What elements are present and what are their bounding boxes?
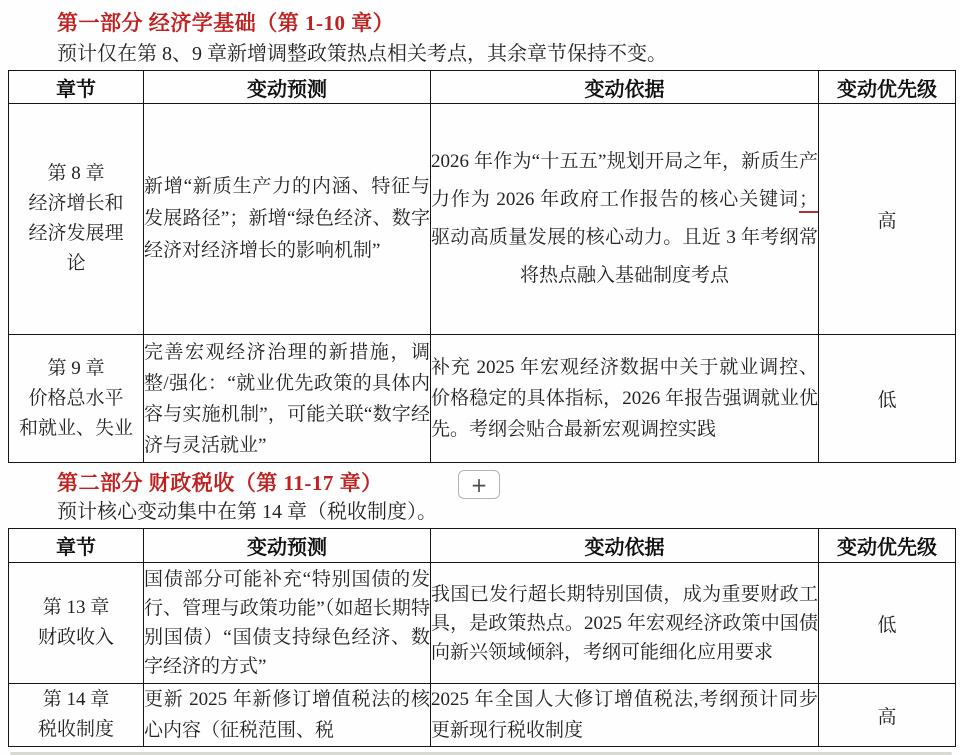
table-row-chapter-9: 第 9 章 价格总水平 和就业、失业 完善宏观经济治理的新措施，调整/强化：“就…: [9, 335, 956, 463]
prediction-cell: 新增“新质生产力的内涵、特征与发展路径”；新增“绿色经济、数字经济对经济增长的影…: [144, 104, 431, 335]
prediction-cell: 完善宏观经济治理的新措施，调整/强化：“就业优先政策的具体内容与实施机制”，可能…: [144, 335, 431, 463]
table-row-chapter-8: 第 8 章 经济增长和 经济发展理 论 新增“新质生产力的内涵、特征与发展路径”…: [9, 104, 956, 335]
chapter-cell: 第 14 章 税收制度: [9, 684, 144, 747]
basis-cell: 2025 年全国人大修订增值税法,考纲预计同步更新现行税收制度: [431, 684, 819, 747]
col-header-chapter: 章节: [9, 71, 144, 104]
col-header-chapter: 章节: [9, 529, 144, 563]
section-2-heading: 第二部分 财政税收（第 11-17 章）: [57, 467, 383, 497]
priority-cell: 高: [819, 104, 956, 335]
col-header-basis: 变动依据: [431, 71, 819, 104]
basis-text-after: 驱动高质量发展的核心动力。且近 3 年考纲常将热点融入基础制度考点: [431, 227, 818, 286]
col-header-prediction: 变动预测: [144, 529, 431, 563]
priority-cell: 低: [819, 563, 956, 684]
priority-cell: 高: [819, 684, 956, 747]
col-header-priority: 变动优先级: [819, 529, 956, 563]
section-1-intro: 预计仅在第 8、9 章新增调整政策热点相关考点，其余章节保持不变。: [57, 37, 667, 66]
document-page: 第一部分 经济学基础（第 1-10 章） 预计仅在第 8、9 章新增调整政策热点…: [0, 0, 960, 755]
section-2-table: 章节 变动预测 变动依据 变动优先级 第 13 章 财政收入 国债部分可能补充“…: [8, 528, 956, 747]
basis-cell: 我国已发行超长期特别国债，成为重要财政工具，是政策热点。2025 年宏观经济政策…: [431, 563, 819, 684]
prediction-cell: 国债部分可能补充“特别国债的发行、管理与政策功能”（如超长期特别国债）“国债支持…: [144, 563, 431, 684]
basis-cell: 2026 年作为“十五五”规划开局之年，新质生产力作为 2026 年政府工作报告…: [431, 104, 819, 335]
basis-text-before: 2026 年作为“十五五”规划开局之年，新质生产力作为 2026 年政府工作报告…: [431, 151, 818, 210]
section-1-table: 章节 变动预测 变动依据 变动优先级 第 8 章 经济增长和 经济发展理 论 新…: [8, 70, 956, 463]
section-2-intro: 预计核心变动集中在第 14 章（税收制度）。: [57, 495, 437, 524]
table-header-row: 章节 变动预测 变动依据 变动优先级: [9, 71, 956, 104]
red-underline-mark: ；: [799, 189, 818, 213]
table-row-chapter-13: 第 13 章 财政收入 国债部分可能补充“特别国债的发行、管理与政策功能”（如超…: [9, 563, 956, 684]
priority-cell: 低: [819, 335, 956, 463]
prediction-cell: 更新 2025 年新修订增值税法的核心内容（征税范围、税: [144, 684, 431, 747]
col-header-prediction: 变动预测: [144, 71, 431, 104]
add-button[interactable]: +: [458, 470, 500, 499]
col-header-priority: 变动优先级: [819, 71, 956, 104]
section-1-heading: 第一部分 经济学基础（第 1-10 章）: [57, 7, 394, 37]
chapter-cell: 第 13 章 财政收入: [9, 563, 144, 684]
basis-cell: 补充 2025 年宏观经济数据中关于就业调控、价格稳定的具体指标，2026 年报…: [431, 335, 819, 463]
table-header-row: 章节 变动预测 变动依据 变动优先级: [9, 529, 956, 563]
chapter-cell: 第 8 章 经济增长和 经济发展理 论: [9, 104, 144, 335]
table-row-chapter-14: 第 14 章 税收制度 更新 2025 年新修订增值税法的核心内容（征税范围、税…: [9, 684, 956, 747]
chapter-cell: 第 9 章 价格总水平 和就业、失业: [9, 335, 144, 463]
col-header-basis: 变动依据: [431, 529, 819, 563]
